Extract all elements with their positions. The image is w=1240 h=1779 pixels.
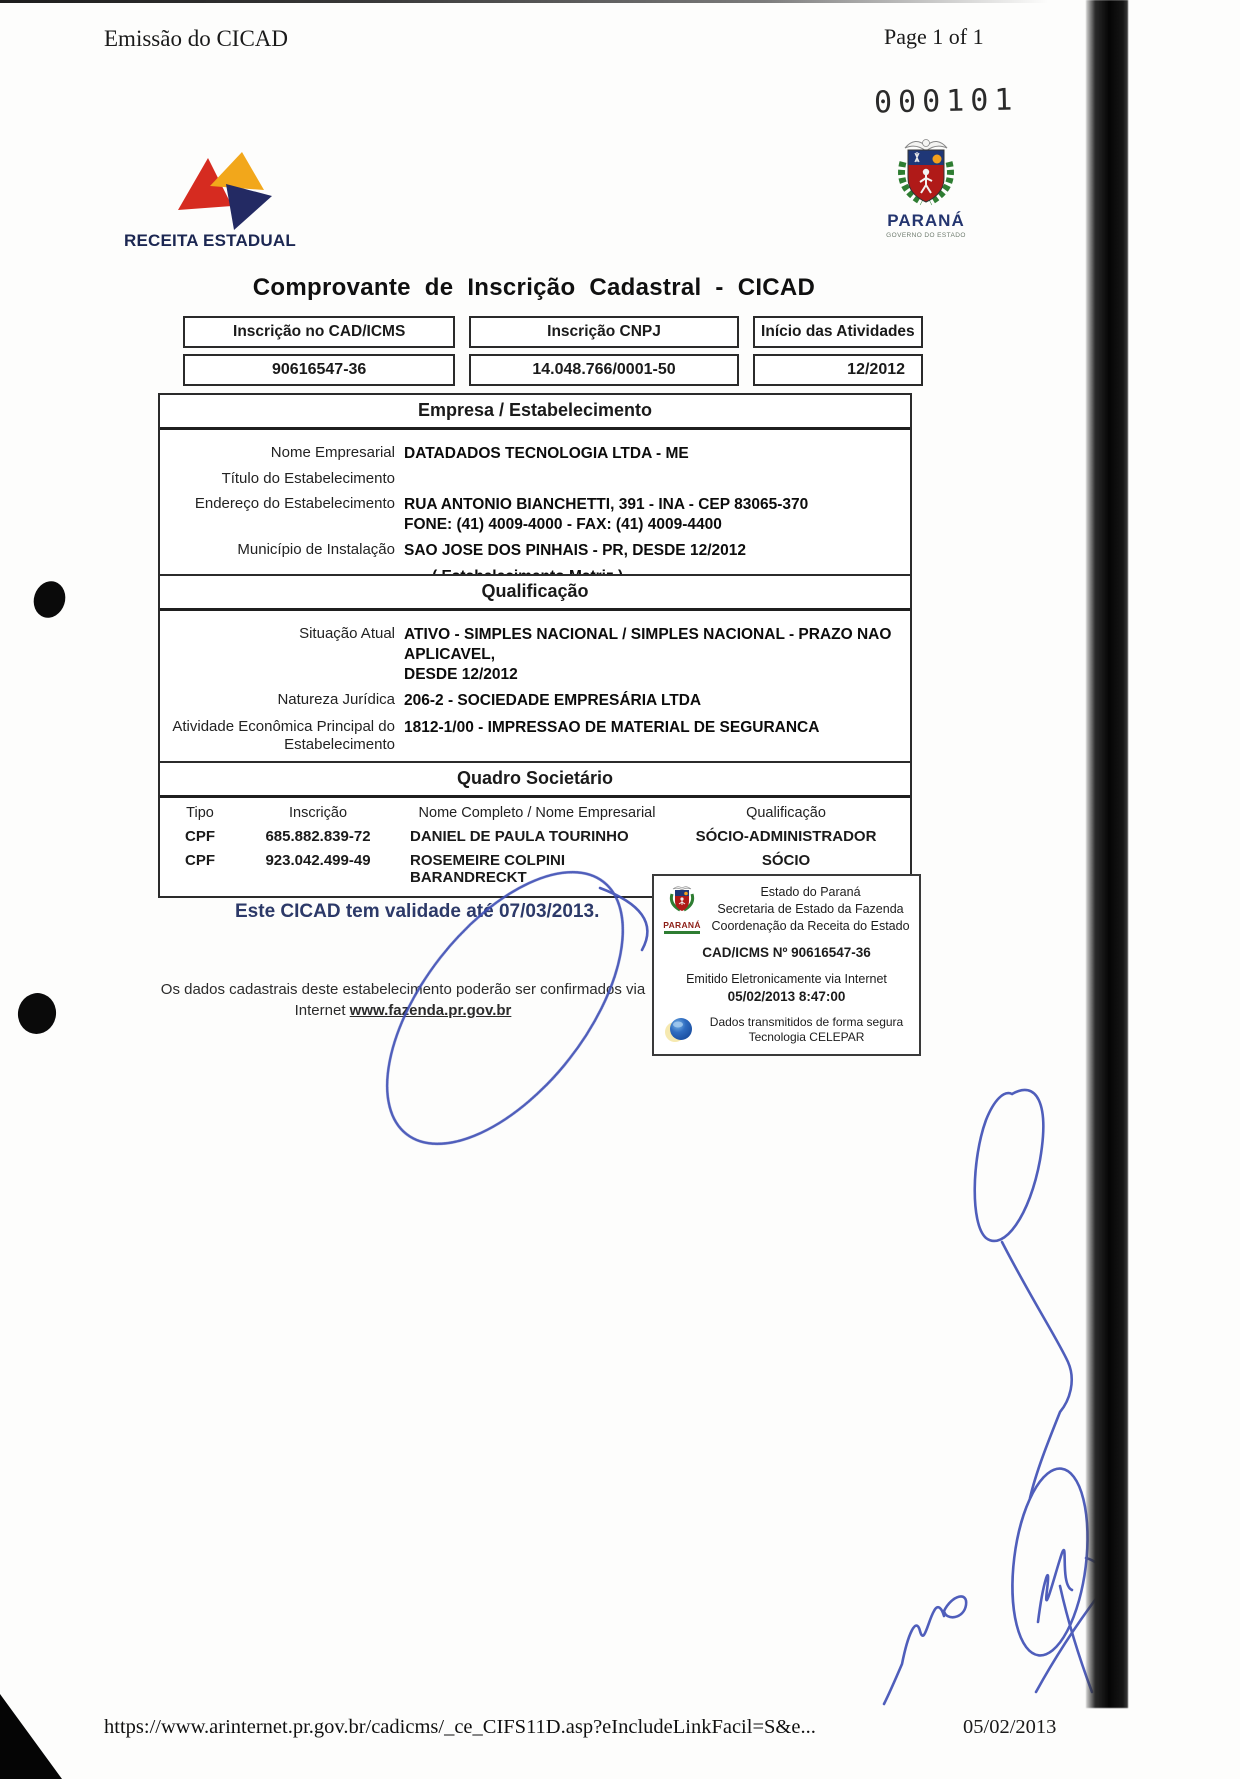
partner-role: SÓCIO-ADMINISTRADOR bbox=[670, 828, 902, 845]
secure-text: Dados transmitidos de forma segura Tecno… bbox=[698, 1015, 915, 1046]
field-value: RUA ANTONIO BIANCHETTI, 391 - INA - CEP … bbox=[404, 495, 902, 535]
reg-box-label: Inscrição CNPJ bbox=[469, 316, 738, 348]
reg-box-value: 90616547-36 bbox=[183, 354, 455, 386]
reg-box-value: 14.048.766/0001-50 bbox=[469, 354, 738, 386]
hole-punch-mark bbox=[29, 577, 70, 622]
partner-name: ROSEMEIRE COLPINI BARANDRECKT bbox=[404, 852, 670, 886]
scanned-document-page: Emissão do CICAD Page 1 of 1 000101 RECE… bbox=[0, 0, 1240, 1779]
secure-sphere-icon bbox=[664, 1015, 698, 1045]
org-line1: Estado do Paraná bbox=[706, 884, 915, 901]
reg-box-label: Inscrição no CAD/ICMS bbox=[183, 316, 455, 348]
field-value-line2: DESDE 12/2012 bbox=[404, 665, 898, 685]
field-value-line1: ATIVO - SIMPLES NACIONAL / SIMPLES NACIO… bbox=[404, 625, 898, 665]
partner-name: DANIEL DE PAULA TOURINHO bbox=[404, 828, 670, 845]
confirmation-text: Os dados cadastrais deste estabeleciment… bbox=[160, 979, 646, 1021]
info-box-header: PARANÁ Estado do Paraná Secretaria de Es… bbox=[658, 884, 915, 935]
parana-crest-small-icon bbox=[669, 885, 695, 917]
field-value-line1: RUA ANTONIO BIANCHETTI, 391 - INA - CEP … bbox=[404, 495, 898, 515]
receita-estadual-logo: RECEITA ESTADUAL bbox=[124, 146, 314, 251]
field-label: Natureza Jurídica bbox=[160, 691, 395, 711]
receita-estadual-label: RECEITA ESTADUAL bbox=[124, 231, 314, 251]
emission-details: Emitido Eletronicamente via Internet 05/… bbox=[658, 971, 915, 1006]
field-label: Município de Instalação bbox=[160, 541, 395, 561]
field-value: SAO JOSE DOS PINHAIS - PR, DESDE 12/2012 bbox=[404, 541, 902, 561]
field-label: Título do Estabelecimento bbox=[160, 470, 395, 489]
parana-sublabel: GOVERNO DO ESTADO bbox=[876, 232, 976, 239]
field-value-line2: FONE: (41) 4009-4000 - FAX: (41) 4009-44… bbox=[404, 515, 898, 535]
reg-box-value: 12/2012 bbox=[753, 354, 923, 386]
scan-shadow-band bbox=[1086, 0, 1128, 1708]
field-value: ATIVO - SIMPLES NACIONAL / SIMPLES NACIO… bbox=[404, 625, 902, 685]
footer-url[interactable]: https://www.arinternet.pr.gov.br/cadicms… bbox=[104, 1716, 816, 1739]
triangles-logo-icon bbox=[176, 146, 296, 230]
confirmation-line1: Os dados cadastrais deste estabeleciment… bbox=[160, 979, 646, 1000]
field-value: 206-2 - SOCIEDADE EMPRESÁRIA LTDA bbox=[404, 691, 902, 711]
column-header: Tipo bbox=[168, 805, 232, 821]
scan-edge-top bbox=[0, 0, 1092, 3]
field-row: Município de Instalação SAO JOSE DOS PIN… bbox=[160, 541, 902, 561]
column-header: Inscrição bbox=[232, 805, 404, 821]
confirmation-line2-prefix: Internet bbox=[295, 1002, 350, 1019]
validity-notice: Este CICAD tem validade até 07/03/2013. bbox=[235, 901, 599, 923]
confirmation-line2: Internet www.fazenda.pr.gov.br bbox=[160, 1000, 646, 1021]
secure-line2: Tecnologia CELEPAR bbox=[698, 1030, 915, 1046]
reg-box-inicio-atividades: Início das Atividades 12/2012 bbox=[753, 316, 923, 386]
field-row: Endereço do Estabelecimento RUA ANTONIO … bbox=[160, 495, 902, 535]
field-label: Situação Atual bbox=[160, 625, 395, 685]
stamp-number: 000101 bbox=[874, 82, 1019, 120]
field-row: Título do Estabelecimento bbox=[160, 470, 902, 489]
field-value: 1812-1/00 - IMPRESSAO DE MATERIAL DE SEG… bbox=[404, 718, 902, 756]
parana-crest-icon bbox=[893, 134, 959, 210]
scan-corner-shadow bbox=[0, 1694, 62, 1779]
emission-info-box: PARANÁ Estado do Paraná Secretaria de Es… bbox=[652, 874, 921, 1056]
document-title: Comprovante de Inscrição Cadastral - CIC… bbox=[158, 274, 910, 302]
secure-transmission: Dados transmitidos de forma segura Tecno… bbox=[658, 1015, 915, 1046]
partner-cpf: 685.882.839-72 bbox=[232, 828, 404, 845]
field-row: Situação Atual ATIVO - SIMPLES NACIONAL … bbox=[160, 625, 902, 685]
parana-government-logo: PARANÁ GOVERNO DO ESTADO bbox=[876, 134, 976, 239]
field-label: Nome Empresarial bbox=[160, 444, 395, 464]
column-header: Qualificação bbox=[670, 805, 902, 821]
emitted-label: Emitido Eletronicamente via Internet bbox=[658, 971, 915, 988]
footer-date: 05/02/2013 bbox=[963, 1716, 1056, 1739]
org-line2: Secretaria de Estado da Fazenda bbox=[706, 901, 915, 918]
section-title: Quadro Societário bbox=[160, 763, 910, 798]
info-box-org: Estado do Paraná Secretaria de Estado da… bbox=[706, 884, 915, 935]
partner-type: CPF bbox=[168, 828, 232, 845]
field-row: Natureza Jurídica 206-2 - SOCIEDADE EMPR… bbox=[160, 691, 902, 711]
reg-box-cadicms: Inscrição no CAD/ICMS 90616547-36 bbox=[183, 316, 455, 386]
info-box-logo-label: PARANÁ bbox=[658, 920, 706, 930]
field-value bbox=[404, 470, 902, 489]
field-label: Atividade Econômica Principal do Estabel… bbox=[160, 718, 395, 756]
signature-ink bbox=[884, 1090, 1102, 1704]
partner-type: CPF bbox=[168, 852, 232, 886]
field-row: Atividade Econômica Principal do Estabel… bbox=[160, 718, 902, 756]
emitted-datetime: 05/02/2013 8:47:00 bbox=[658, 988, 915, 1006]
cadicms-number: CAD/ICMS Nº 90616547-36 bbox=[658, 945, 915, 960]
parana-label: PARANÁ bbox=[876, 211, 976, 231]
org-line3: Coordenação da Receita do Estado bbox=[706, 918, 915, 935]
registration-boxes-row: Inscrição no CAD/ICMS 90616547-36 Inscri… bbox=[183, 316, 923, 386]
hole-punch-mark bbox=[14, 989, 60, 1037]
print-header-title: Emissão do CICAD bbox=[104, 26, 288, 52]
fazenda-link[interactable]: www.fazenda.pr.gov.br bbox=[350, 1002, 512, 1019]
field-row: Nome Empresarial DATADADOS TECNOLOGIA LT… bbox=[160, 444, 902, 464]
secure-line1: Dados transmitidos de forma segura bbox=[698, 1015, 915, 1031]
field-label: Endereço do Estabelecimento bbox=[160, 495, 395, 535]
column-header: Nome Completo / Nome Empresarial bbox=[404, 805, 670, 821]
info-box-logo: PARANÁ bbox=[658, 885, 706, 934]
section-title: Qualificação bbox=[160, 576, 910, 611]
reg-box-cnpj: Inscrição CNPJ 14.048.766/0001-50 bbox=[469, 316, 738, 386]
info-box-logo-bar bbox=[664, 931, 700, 934]
print-page-number: Page 1 of 1 bbox=[884, 24, 984, 50]
reg-box-label: Início das Atividades bbox=[753, 316, 923, 348]
field-value: DATADADOS TECNOLOGIA LTDA - ME bbox=[404, 444, 902, 464]
partner-cpf: 923.042.499-49 bbox=[232, 852, 404, 886]
section-title: Empresa / Estabelecimento bbox=[160, 395, 910, 430]
